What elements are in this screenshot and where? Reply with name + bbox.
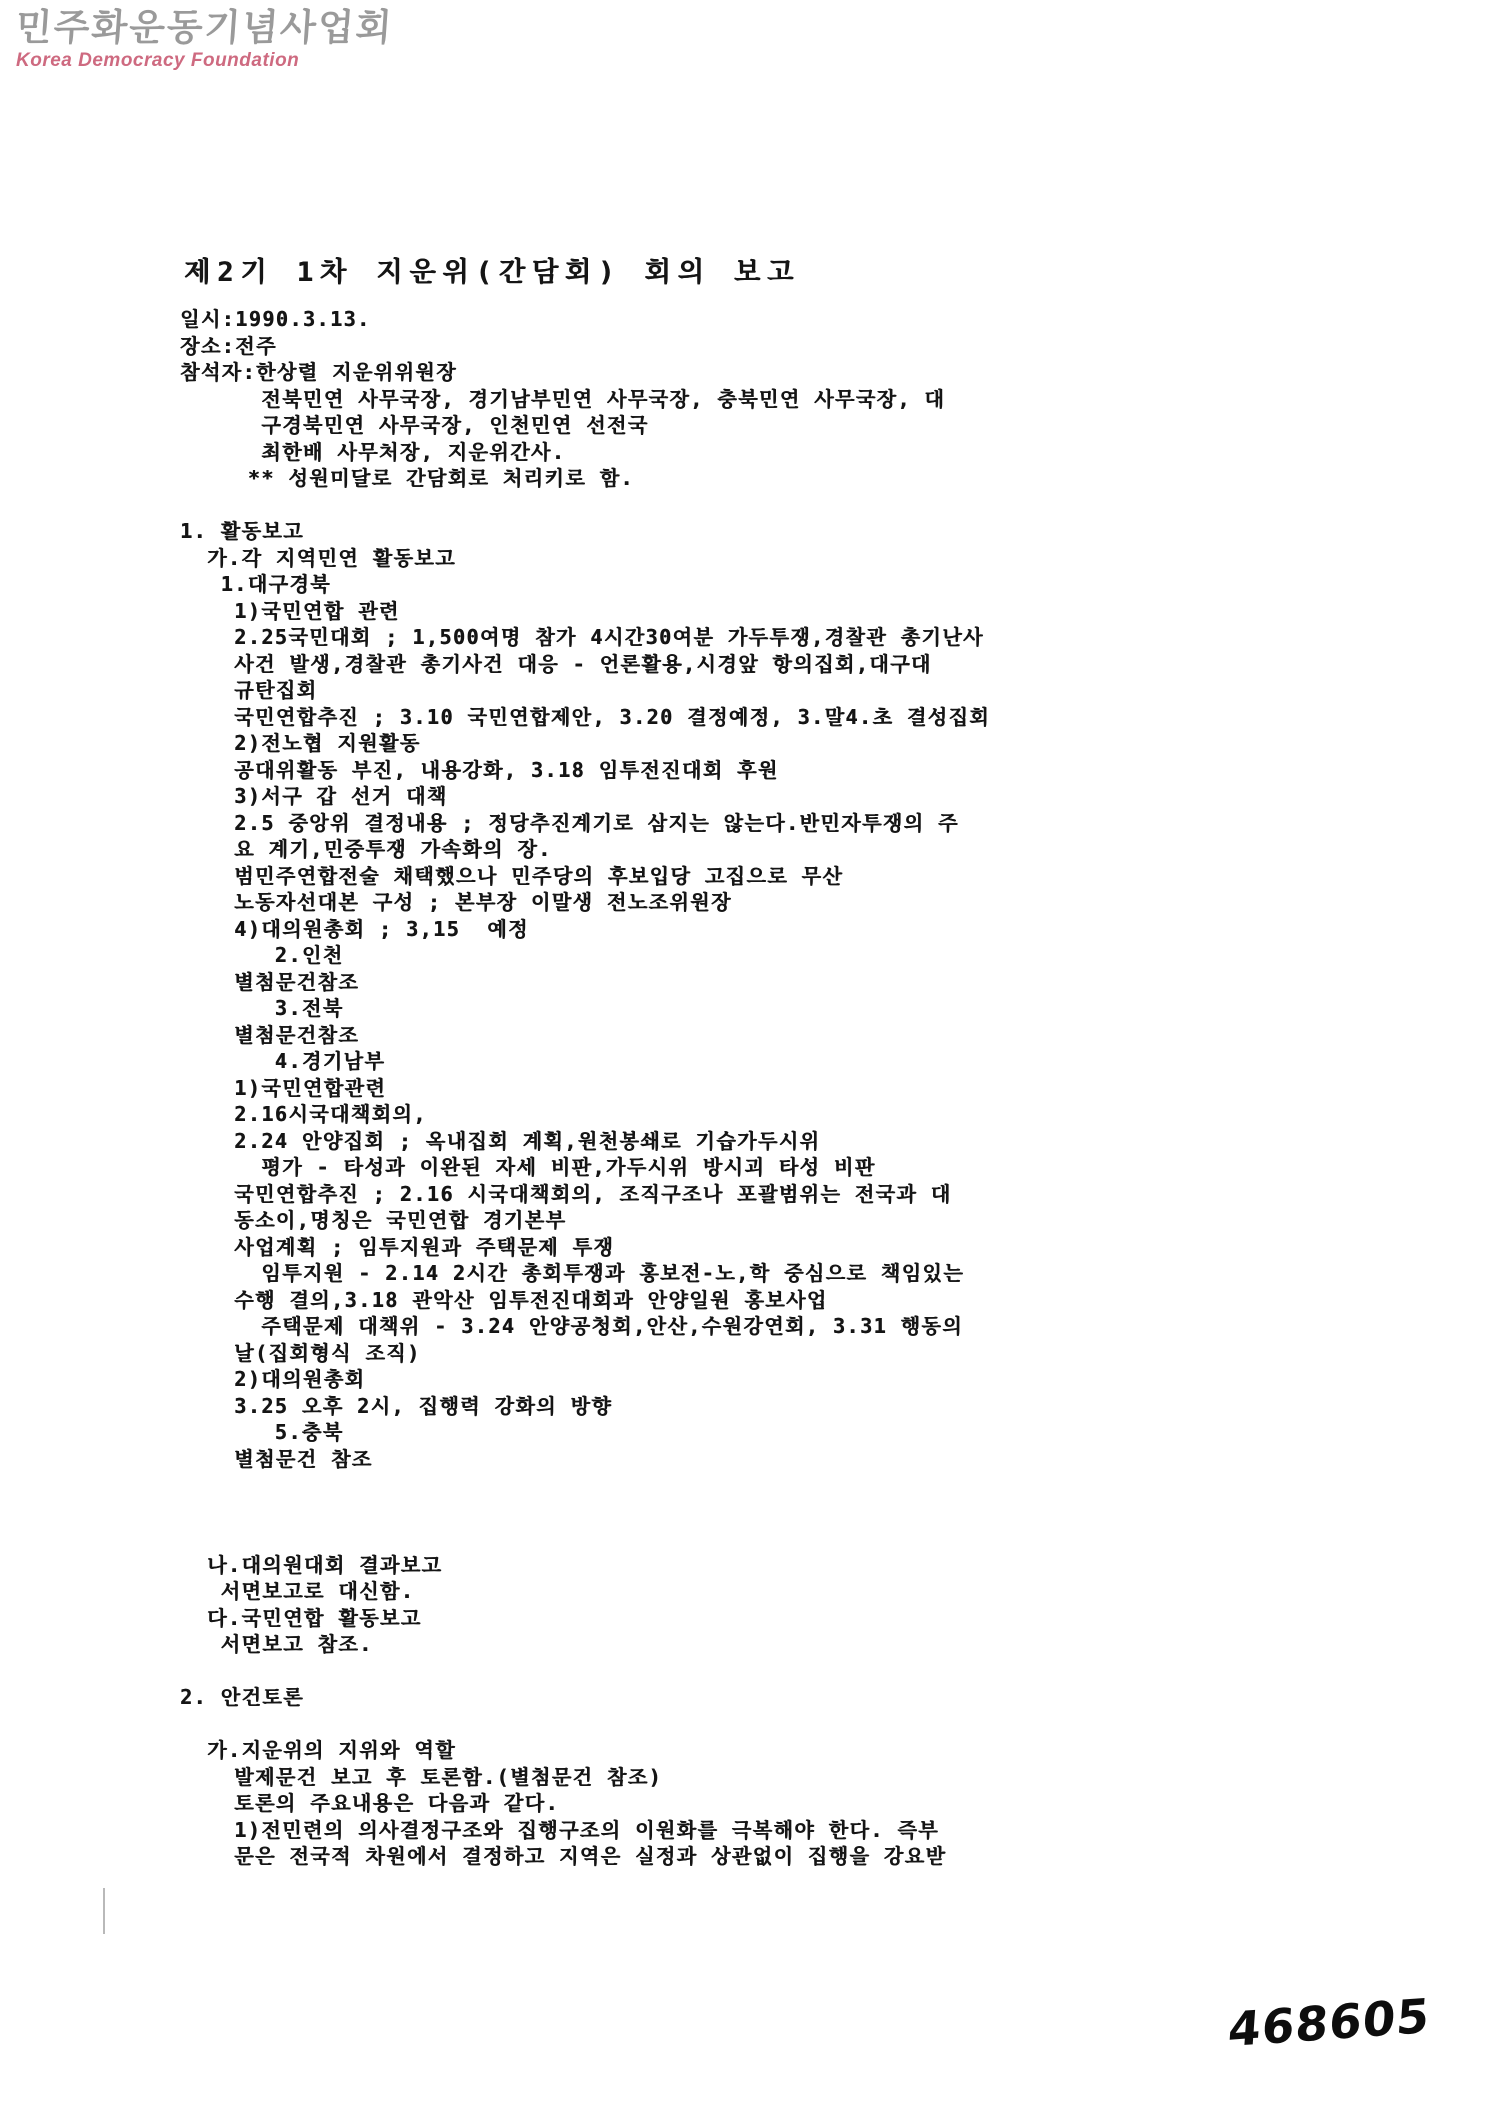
- document-line: 2)대의원총회: [180, 1366, 1430, 1393]
- document-line: 구경북민연 사무국장, 인천민연 선전국: [180, 412, 1430, 439]
- document-body: 제2기 1차 지운위(간담회) 회의 보고 일시:1990.3.13.장소:전주…: [180, 250, 1430, 1870]
- document-line: 4)대의원총회 ; 3,15 예정: [180, 916, 1430, 943]
- document-line: 5.충북: [180, 1419, 1430, 1446]
- document-line: 서면보고로 대신함.: [180, 1578, 1430, 1605]
- document-line: 참석자:한상렬 지운위위원장: [180, 359, 1430, 386]
- document-line: 일시:1990.3.13.: [180, 306, 1430, 333]
- document-line: [180, 1499, 1430, 1526]
- document-line: 발제문건 보고 후 토론함.(별첨문건 참조): [180, 1764, 1430, 1791]
- document-line: 2.16시국대책회의,: [180, 1101, 1430, 1128]
- document-line: 토론의 주요내용은 다음과 같다.: [180, 1790, 1430, 1817]
- document-line: 국민연합추진 ; 3.10 국민연합제안, 3.20 결정예정, 3.말4.초 …: [180, 704, 1430, 731]
- document-line: 3.전북: [180, 995, 1430, 1022]
- document-line: 장소:전주: [180, 333, 1430, 360]
- korea-democracy-foundation-logo: 민주화운동기념사업회 Korea Democracy Foundation: [16, 6, 393, 72]
- document-line: [180, 1525, 1430, 1552]
- logo-english-text: Korea Democracy Foundation: [16, 50, 393, 72]
- document-title: 제2기 1차 지운위(간담회) 회의 보고: [184, 250, 1430, 289]
- document-line: 4.경기남부: [180, 1048, 1430, 1075]
- document-line: 1. 활동보고: [180, 518, 1430, 545]
- document-line: 1)국민연합관련: [180, 1075, 1430, 1102]
- document-line: 나.대의원대회 결과보고: [180, 1552, 1430, 1579]
- document-line: 2.인천: [180, 942, 1430, 969]
- document-line: 임투지원 - 2.14 2시간 총회투쟁과 홍보전-노,학 중심으로 책임있는: [180, 1260, 1430, 1287]
- document-line: ** 성원미달로 간담회로 처리키로 함.: [180, 465, 1430, 492]
- document-line: 규탄집회: [180, 677, 1430, 704]
- document-line: 범민주연합전술 채택했으나 민주당의 후보입당 고집으로 무산: [180, 863, 1430, 890]
- document-line: 별첨문건 참조: [180, 1446, 1430, 1473]
- document-line: 노동자선대본 구성 ; 본부장 이말생 전노조위원장: [180, 889, 1430, 916]
- document-line: 3.25 오후 2시, 집행력 강화의 방향: [180, 1393, 1430, 1420]
- document-line: 2)전노협 지원활동: [180, 730, 1430, 757]
- document-text-block: 일시:1990.3.13.장소:전주참석자:한상렬 지운위위원장 전북민연 사무…: [180, 306, 1430, 1870]
- document-line: 수행 결의,3.18 관악산 임투전진대회과 안양일원 홍보사업: [180, 1287, 1430, 1314]
- handwritten-archive-number: 468605: [1226, 1989, 1432, 2059]
- document-line: 가.지운위의 지위와 역할: [180, 1737, 1430, 1764]
- document-line: 서면보고 참조.: [180, 1631, 1430, 1658]
- scanned-document-page: 민주화운동기념사업회 Korea Democracy Foundation 제2…: [0, 0, 1489, 2105]
- document-line: 동소이,명칭은 국민연합 경기본부: [180, 1207, 1430, 1234]
- document-line: 공대위활동 부진, 내용강화, 3.18 임투전진대회 후원: [180, 757, 1430, 784]
- document-line: 최한배 사무처장, 지운위간사.: [180, 439, 1430, 466]
- document-line: 날(집회형식 조직): [180, 1340, 1430, 1367]
- document-line: 요 계기,민중투쟁 가속화의 장.: [180, 836, 1430, 863]
- document-line: 1)국민연합 관련: [180, 598, 1430, 625]
- document-line: 별첨문건참조: [180, 1022, 1430, 1049]
- document-line: 국민연합추진 ; 2.16 시국대책회의, 조직구조나 포괄범위는 전국과 대: [180, 1181, 1430, 1208]
- document-line: 문은 전국적 차원에서 결정하고 지역은 실정과 상관없이 집행을 강요받: [180, 1843, 1430, 1870]
- document-line: 별첨문건참조: [180, 969, 1430, 996]
- document-line: 주택문제 대책위 - 3.24 안양공청회,안산,수원강연회, 3.31 행동의: [180, 1313, 1430, 1340]
- document-line: 사업계획 ; 임투지원과 주택문제 투쟁: [180, 1234, 1430, 1261]
- document-line: 1)전민련의 의사결정구조와 집행구조의 이원화를 극복해야 한다. 즉부: [180, 1817, 1430, 1844]
- document-line: [180, 1711, 1430, 1738]
- document-line: 다.국민연합 활동보고: [180, 1605, 1430, 1632]
- document-line: 가.각 지역민연 활동보고: [180, 545, 1430, 572]
- document-line: [180, 492, 1430, 519]
- document-line: 1.대구경북: [180, 571, 1430, 598]
- document-line: [180, 1658, 1430, 1685]
- document-line: 사건 발생,경찰관 총기사건 대응 - 언론활용,시경앞 항의집회,대구대: [180, 651, 1430, 678]
- document-line: 2. 안건토론: [180, 1684, 1430, 1711]
- document-line: 2.5 중앙위 결정내용 ; 정당추진계기로 삼지는 않는다.반민자투쟁의 주: [180, 810, 1430, 837]
- logo-korean-text: 민주화운동기념사업회: [15, 6, 395, 48]
- document-line: [180, 1472, 1430, 1499]
- document-line: 2.25국민대회 ; 1,500여명 참가 4시간30여분 가두투쟁,경찰관 총…: [180, 624, 1430, 651]
- document-line: 2.24 안양집회 ; 옥내집회 계획,원천봉쇄로 기습가두시위: [180, 1128, 1430, 1155]
- document-line: 3)서구 갑 선거 대책: [180, 783, 1430, 810]
- document-line: 평가 - 타성과 이완된 자세 비판,가두시위 방시괴 타성 비판: [180, 1154, 1430, 1181]
- document-line: 전북민연 사무국장, 경기남부민연 사무국장, 충북민연 사무국장, 대: [180, 386, 1430, 413]
- scan-artifact-mark: [103, 1888, 105, 1934]
